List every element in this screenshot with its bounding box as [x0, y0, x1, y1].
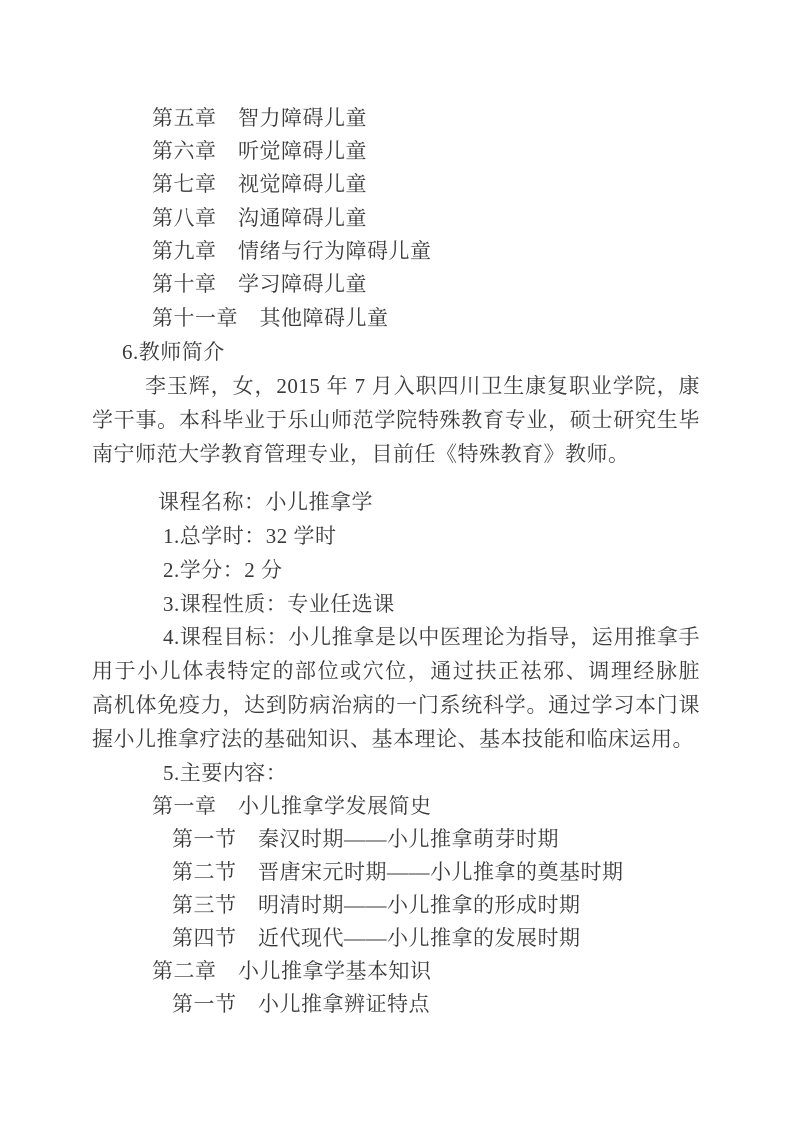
course-objective-line: 高机体免疫力，达到防病治病的一门系统科学。通过学习本门课程掌	[92, 689, 700, 722]
chapter-list-item: 第六章 听觉障碍儿童	[152, 135, 367, 168]
document-page: 第五章 智力障碍儿童 第六章 听觉障碍儿童 第七章 视觉障碍儿童 第八章 沟通障…	[0, 0, 793, 1122]
course-name-line: 课程名称：小儿推拿学	[158, 486, 373, 519]
outline-chapter-line: 第一章 小儿推拿学发展简史	[152, 790, 432, 823]
outline-section-line: 第一节 小儿推拿辨证特点	[172, 988, 430, 1021]
course-hours-line: 1.总学时：32 学时	[163, 520, 337, 553]
teacher-intro-heading: 6.教师简介	[122, 336, 225, 369]
chapter-list-item: 第十一章 其他障碍儿童	[152, 302, 389, 335]
main-content-heading: 5.主要内容：	[163, 757, 287, 790]
outline-section-line: 第四节 近代现代——小儿推拿的发展时期	[172, 922, 581, 955]
course-credit-line: 2.学分：2 分	[163, 554, 283, 587]
course-objective-line: 用于小儿体表特定的部位或穴位，通过扶正祛邪、调理经脉脏腑、提	[92, 655, 700, 688]
course-objective-line: 握小儿推拿疗法的基础知识、基本理论、基本技能和临床运用。	[92, 723, 694, 756]
outline-chapter-line: 第二章 小儿推拿学基本知识	[152, 955, 432, 988]
chapter-list-item: 第五章 智力障碍儿童	[152, 102, 367, 135]
chapter-list-item: 第八章 沟通障碍儿童	[152, 202, 367, 235]
course-type-line: 3.课程性质：专业任选课	[163, 588, 395, 621]
outline-section-line: 第二节 晋唐宋元时期——小儿推拿的奠基时期	[172, 856, 624, 889]
teacher-intro-line: 南宁师范大学教育管理专业，目前任《特殊教育》教师。	[92, 438, 630, 471]
course-objective-line: 4.课程目标：小儿推拿是以中医理论为指导，运用推拿手法作	[163, 621, 700, 654]
teacher-intro-line: 学干事。本科毕业于乐山师范学院特殊教育专业，硕士研究生毕业于	[92, 404, 700, 437]
outline-section-line: 第三节 明清时期——小儿推拿的形成时期	[172, 889, 581, 922]
chapter-list-item: 第七章 视觉障碍儿童	[152, 168, 367, 201]
chapter-list-item: 第九章 情绪与行为障碍儿童	[152, 235, 432, 268]
teacher-intro-line: 李玉辉，女，2015 年 7 月入职四川卫生康复职业学院，康复系教	[145, 370, 700, 403]
outline-section-line: 第一节 秦汉时期——小儿推拿萌芽时期	[172, 823, 559, 856]
chapter-list-item: 第十章 学习障碍儿童	[152, 268, 367, 301]
